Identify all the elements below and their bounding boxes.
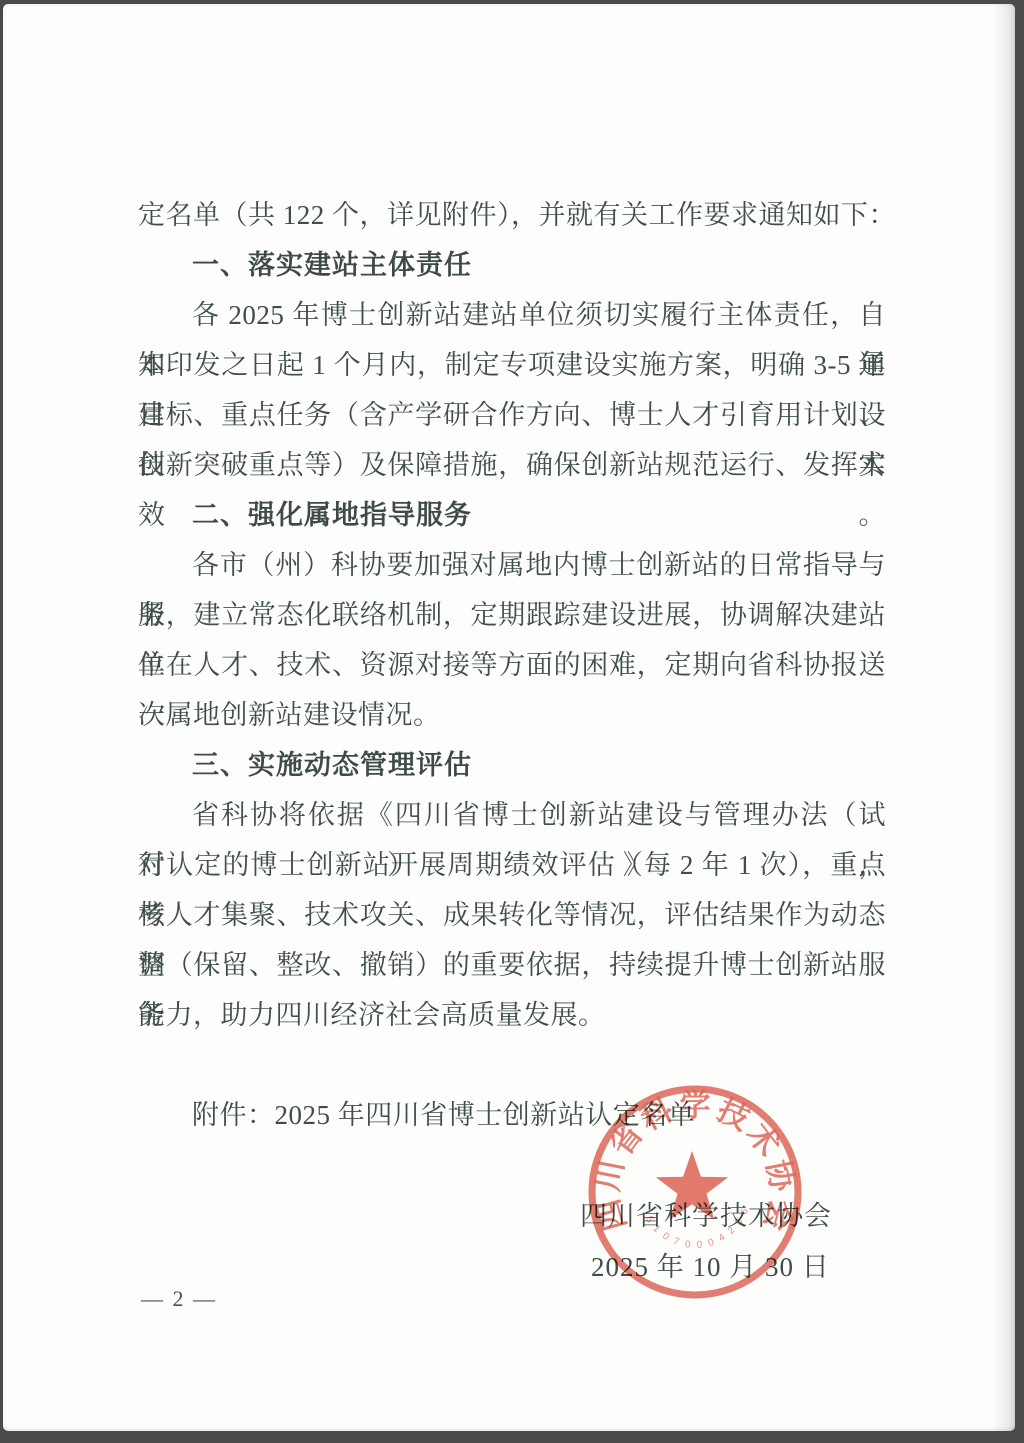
body-line: 次属地创新站建设情况。 — [138, 690, 886, 740]
body-line: 核人才集聚、技术攻关、成果转化等情况，评估结果作为动态调 — [138, 890, 886, 940]
body-line: 位在人才、技术、资源对接等方面的困难，定期向省科协报送一 — [138, 640, 886, 690]
body-line: 目标、重点任务（含产学研合作方向、博士人才引育用计划、技术 — [138, 390, 886, 440]
body-line: 各市（州）科协要加强对属地内博士创新站的日常指导与服 — [138, 540, 886, 590]
signature-org: 四川省科学技术协会 — [580, 1200, 832, 1232]
body-line: 创新突破重点等）及保障措施，确保创新站规范运行、发挥实效。 — [138, 440, 886, 490]
body-line: 整（保留、整改、撤销）的重要依据，持续提升博士创新站服务 — [138, 940, 886, 990]
page-number: — 2 — — [141, 1286, 217, 1312]
body-line: 能力，助力四川经济社会高质量发展。 — [138, 990, 886, 1040]
signature-date: 2025 年 10 月 30 日 — [591, 1251, 830, 1283]
section-3-heading: 三、实施动态管理评估 — [138, 740, 886, 790]
document-body: 定名单（共 122 个，详见附件），并就有关工作要求通知如下： 一、落实建站主体… — [138, 190, 886, 1040]
body-line-intro: 定名单（共 122 个，详见附件），并就有关工作要求通知如下： — [138, 190, 886, 240]
attachment-line: 附件：2025 年四川省博士创新站认定名单 — [138, 1090, 886, 1140]
body-line: 对认定的博士创新站开展周期绩效评估（每 2 年 1 次），重点考 — [138, 840, 886, 890]
body-line: 省科协将依据《四川省博士创新站建设与管理办法（试行）》， — [138, 790, 886, 840]
scanned-document: { "page": { "number": "— 2 —" }, "colors… — [0, 0, 1024, 1443]
section-1-heading: 一、落实建站主体责任 — [138, 240, 886, 290]
body-line: 务，建立常态化联络机制，定期跟踪建设进展，协调解决建站单 — [138, 590, 886, 640]
scan-edge-shadow — [993, 4, 1015, 1431]
body-line: 知印发之日起 1 个月内，制定专项建设实施方案，明确 3-5 年建设 — [138, 340, 886, 390]
body-line: 各 2025 年博士创新站建站单位须切实履行主体责任，自本通 — [138, 290, 886, 340]
document-page: 定名单（共 122 个，详见附件），并就有关工作要求通知如下： 一、落实建站主体… — [3, 4, 1015, 1431]
